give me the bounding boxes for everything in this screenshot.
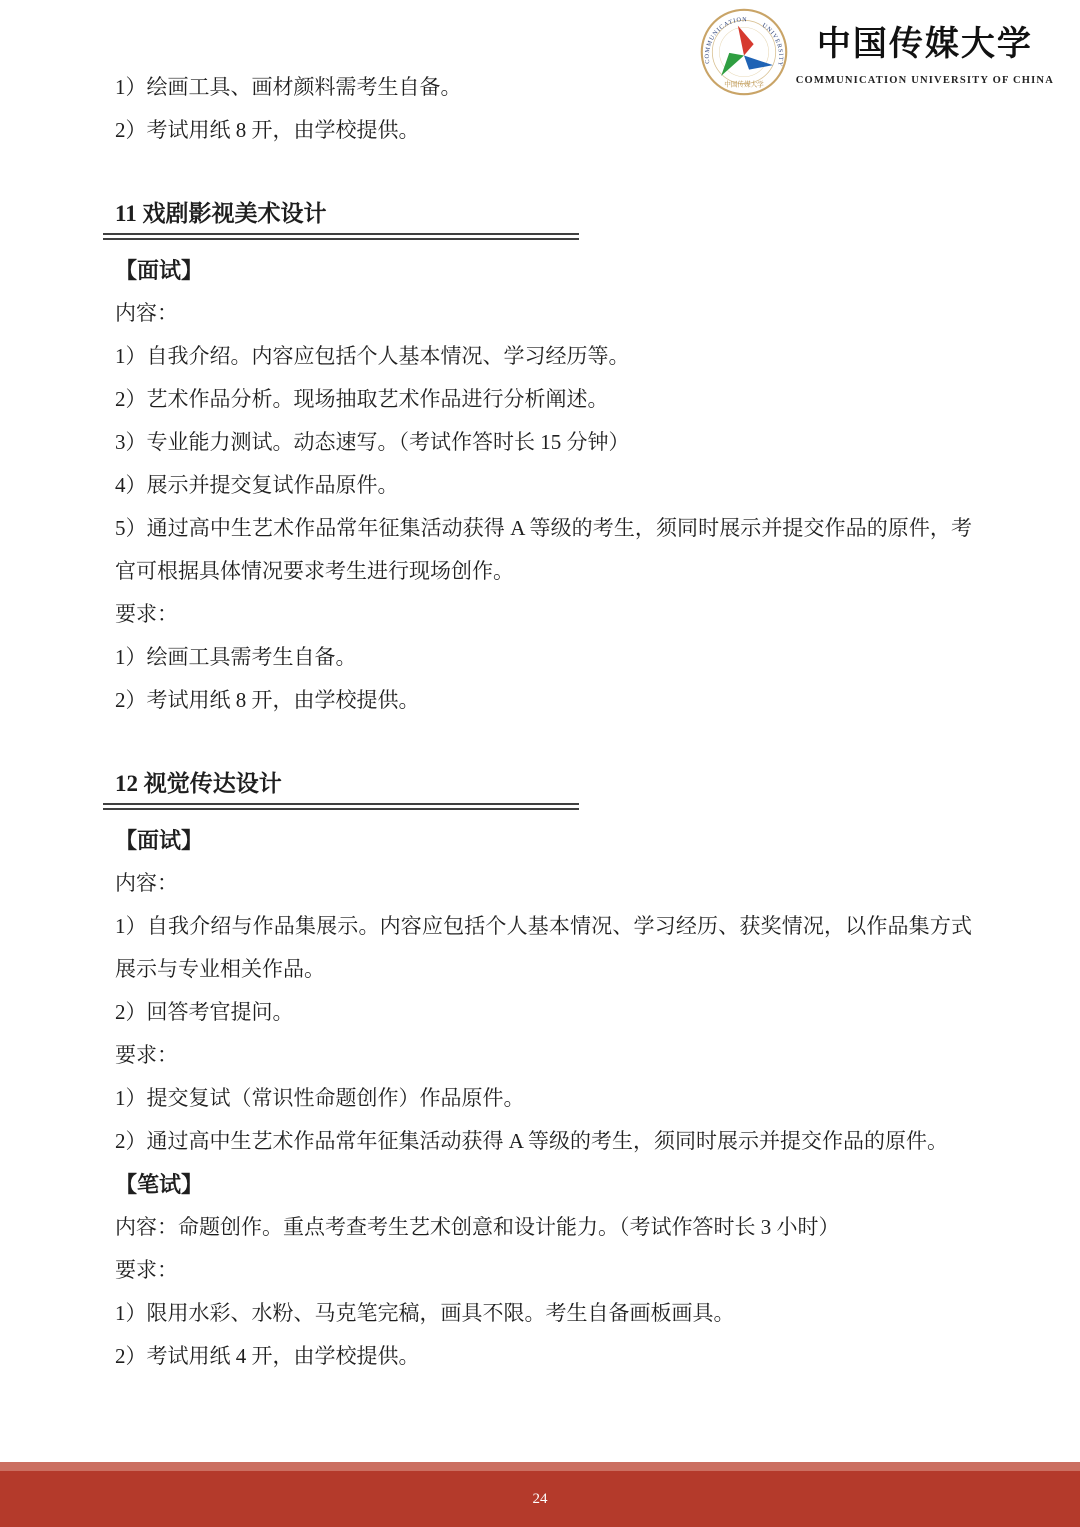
section-12-visual-communication-design: 12 视觉传达设计 【面试】 内容： 1）自我介绍与作品集展示。内容应包括个人基… [115, 768, 972, 1378]
list-item: 2）通过高中生艺术作品常年征集活动获得 A 等级的考生，须同时展示并提交作品的原… [115, 1120, 972, 1163]
list-item: 5）通过高中生艺术作品常年征集活动获得 A 等级的考生，须同时展示并提交作品的原… [115, 507, 972, 593]
list-item: 1）限用水彩、水粉、马克笔完稿，画具不限。考生自备画板画具。 [115, 1292, 972, 1335]
paragraph: 内容：命题创作。重点考查考生艺术创意和设计能力。（考试作答时长 3 小时） [115, 1206, 972, 1249]
page-content: 1）绘画工具、画材颜料需考生自备。 2）考试用纸 8 开，由学校提供。 11 戏… [115, 66, 972, 1378]
list-item: 2）回答考官提问。 [115, 991, 972, 1034]
document-page: COMMUNICATION UNIVERSITY OF CHINA 中国传媒大学… [0, 0, 1080, 1527]
list-item: 2）考试用纸 8 开，由学校提供。 [115, 109, 972, 152]
paragraph: 要求： [115, 593, 972, 636]
section-11-theatre-film-art-design: 11 戏剧影视美术设计 【面试】 内容： 1）自我介绍。内容应包括个人基本情况、… [115, 198, 972, 722]
subheading-written-exam: 【笔试】 [115, 1163, 972, 1206]
section-heading: 11 戏剧影视美术设计 [115, 198, 972, 230]
paragraph: 要求： [115, 1249, 972, 1292]
section-heading: 12 视觉传达设计 [115, 768, 972, 800]
list-item: 4）展示并提交复试作品原件。 [115, 464, 972, 507]
list-item: 1）绘画工具、画材颜料需考生自备。 [115, 66, 972, 109]
footer-bar: 24 [0, 1471, 1080, 1527]
heading-double-rule [103, 803, 579, 810]
list-item: 3）专业能力测试。动态速写。（考试作答时长 15 分钟） [115, 421, 972, 464]
heading-double-rule [103, 233, 579, 240]
subheading-interview: 【面试】 [115, 819, 972, 862]
list-item: 1）绘画工具需考生自备。 [115, 636, 972, 679]
list-item: 1）自我介绍与作品集展示。内容应包括个人基本情况、学习经历、获奖情况，以作品集方… [115, 905, 972, 991]
list-item: 1）提交复试（常识性命题创作）作品原件。 [115, 1077, 972, 1120]
list-item: 2）考试用纸 8 开，由学校提供。 [115, 679, 972, 722]
paragraph: 内容： [115, 292, 972, 335]
paragraph: 内容： [115, 862, 972, 905]
list-item: 2）考试用纸 4 开，由学校提供。 [115, 1335, 972, 1378]
paragraph: 要求： [115, 1034, 972, 1077]
footer-accent-strip [0, 1462, 1080, 1471]
list-item: 2）艺术作品分析。现场抽取艺术作品进行分析阐述。 [115, 378, 972, 421]
subheading-interview: 【面试】 [115, 249, 972, 292]
page-number: 24 [533, 1492, 548, 1507]
intro-requirements: 1）绘画工具、画材颜料需考生自备。 2）考试用纸 8 开，由学校提供。 [115, 66, 972, 152]
list-item: 1）自我介绍。内容应包括个人基本情况、学习经历等。 [115, 335, 972, 378]
